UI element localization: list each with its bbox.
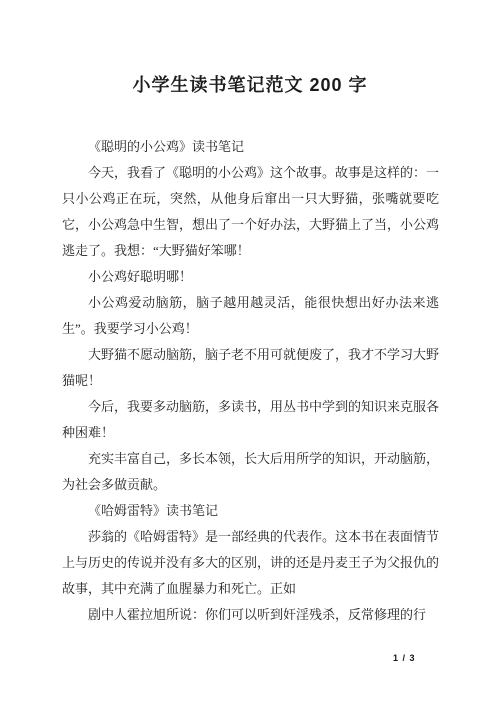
paragraph: 今后，我要多动脑筋，多读书，用丛书中学到的知识来克服各种困难！ [62,394,439,446]
paragraph: 今天，我看了《聪明的小公鸡》这个故事。故事是这样的：一只小公鸡正在玩，突然，从他… [62,160,439,264]
paragraph: 大野猫不愿动脑筋，脑子老不用可就便废了，我才不学习大野猫呢！ [62,342,439,394]
paragraph: 《哈姆雷特》读书笔记 [62,498,439,524]
document-title: 小学生读书笔记范文 200 字 [0,71,500,97]
paragraph: 莎翁的《哈姆雷特》是一部经典的代表作。这本书在表面情节上与历史的传说并没有多大的… [62,524,439,602]
paragraph: 剧中人霍拉旭所说：你们可以听到奸淫残杀，反常修理的行 [62,602,439,628]
document-page: 小学生读书笔记范文 200 字 《聪明的小公鸡》读书笔记今天，我看了《聪明的小公… [0,0,500,707]
paragraph: 《聪明的小公鸡》读书笔记 [62,134,439,160]
paragraph: 小公鸡爱动脑筋，脑子越用越灵活，能很快想出好办法来逃生”。我要学习小公鸡！ [62,290,439,342]
document-body: 《聪明的小公鸡》读书笔记今天，我看了《聪明的小公鸡》这个故事。故事是这样的：一只… [62,134,439,628]
page-number-indicator: 1 / 3 [393,653,416,663]
paragraph: 充实丰富自己，多长本领，长大后用所学的知识，开动脑筋，为社会多做贡献。 [62,446,439,498]
paragraph: 小公鸡好聪明哪！ [62,264,439,290]
